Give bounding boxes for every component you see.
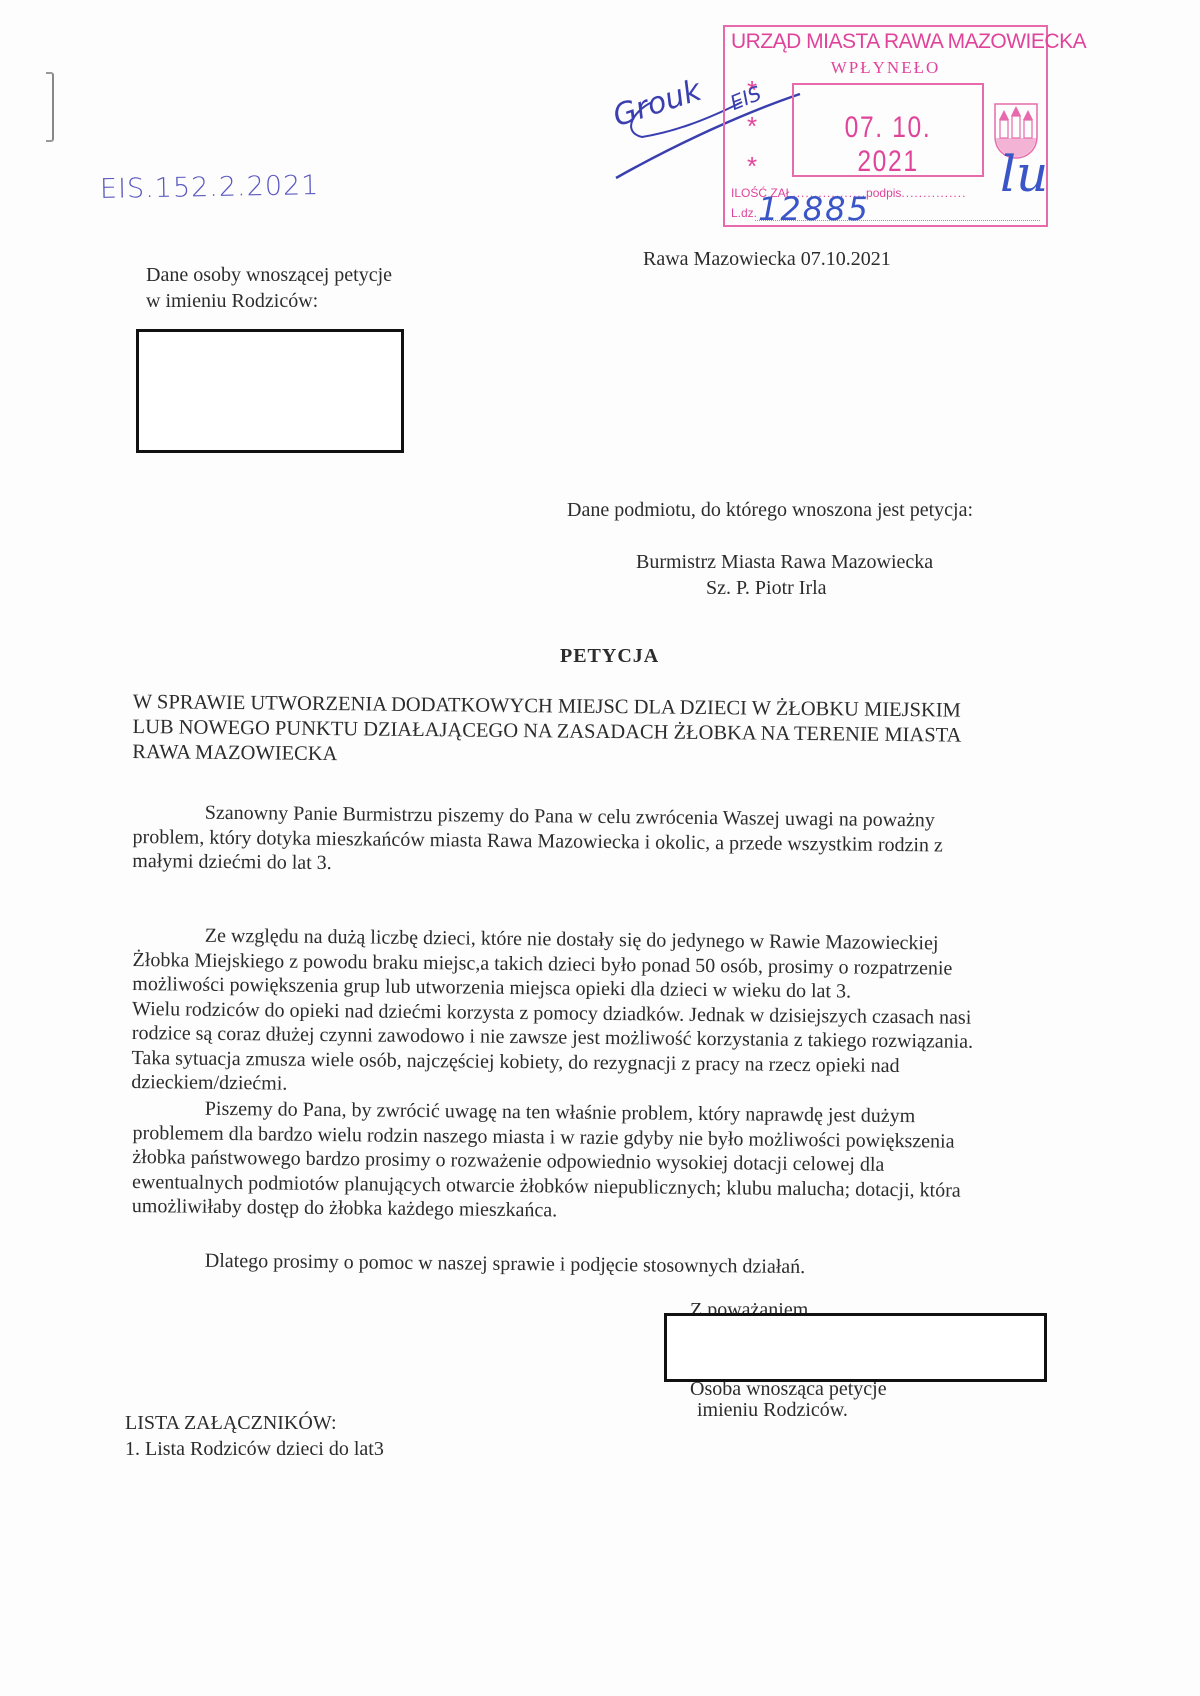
attachments-title: LISTA ZAŁĄCZNIKÓW:	[125, 1410, 337, 1436]
body-paragraph-3: Piszemy do Pana, by zwrócić uwagę na ten…	[132, 1096, 962, 1227]
body-paragraph-2: Ze względu na dużą liczbę dzieci, które …	[131, 923, 974, 1103]
stamp-asterisk-icon: *	[747, 153, 757, 179]
petition-subject: W SPRAWIE UTWORZENIA DODATKOWYCH MIEJSC …	[132, 690, 962, 774]
stamp-date: 07. 10. 2021	[811, 111, 965, 179]
handwritten-reference-number: EIS.152.2.2021	[100, 170, 320, 205]
attachment-item: 1. Lista Rodziców dzieci do lat3	[125, 1436, 384, 1462]
stamp-asterisk-icon: *	[747, 113, 757, 139]
body-paragraph-1: Szanowny Panie Burmistrzu piszemy do Pan…	[132, 800, 943, 882]
place-and-date: Rawa Mazowiecka 07.10.2021	[643, 246, 891, 272]
recipient-name: Burmistrz Miasta Rawa Mazowiecka	[636, 549, 933, 575]
recipient-person: Sz. P. Piotr Irla	[706, 575, 827, 601]
sender-label: Dane osoby wnoszącej petycje w imieniu R…	[146, 262, 392, 314]
handwritten-ldz-number: 12885	[758, 190, 870, 228]
redacted-sender-box	[136, 329, 404, 453]
handwritten-initials: lu	[1000, 145, 1048, 203]
recipient-label: Dane podmiotu, do którego wnoszona jest …	[567, 497, 973, 523]
stamp-office-name: URZĄD MIASTA RAWA MAZOWIECKA	[731, 30, 1086, 54]
stamp-ldz-label: L.dz.	[731, 206, 757, 220]
margin-bracket-mark	[46, 72, 54, 142]
body-paragraph-4: Dlatego prosimy o pomoc w naszej sprawie…	[133, 1248, 806, 1280]
signer-role-line2: imieniu Rodziców.	[697, 1397, 848, 1423]
stamp-date-box: 07. 10. 2021	[792, 83, 984, 177]
redacted-signature-box	[664, 1313, 1047, 1382]
stamp-received-label: WPŁYNEŁO	[725, 58, 1046, 78]
document-title: PETYCJA	[560, 645, 659, 668]
